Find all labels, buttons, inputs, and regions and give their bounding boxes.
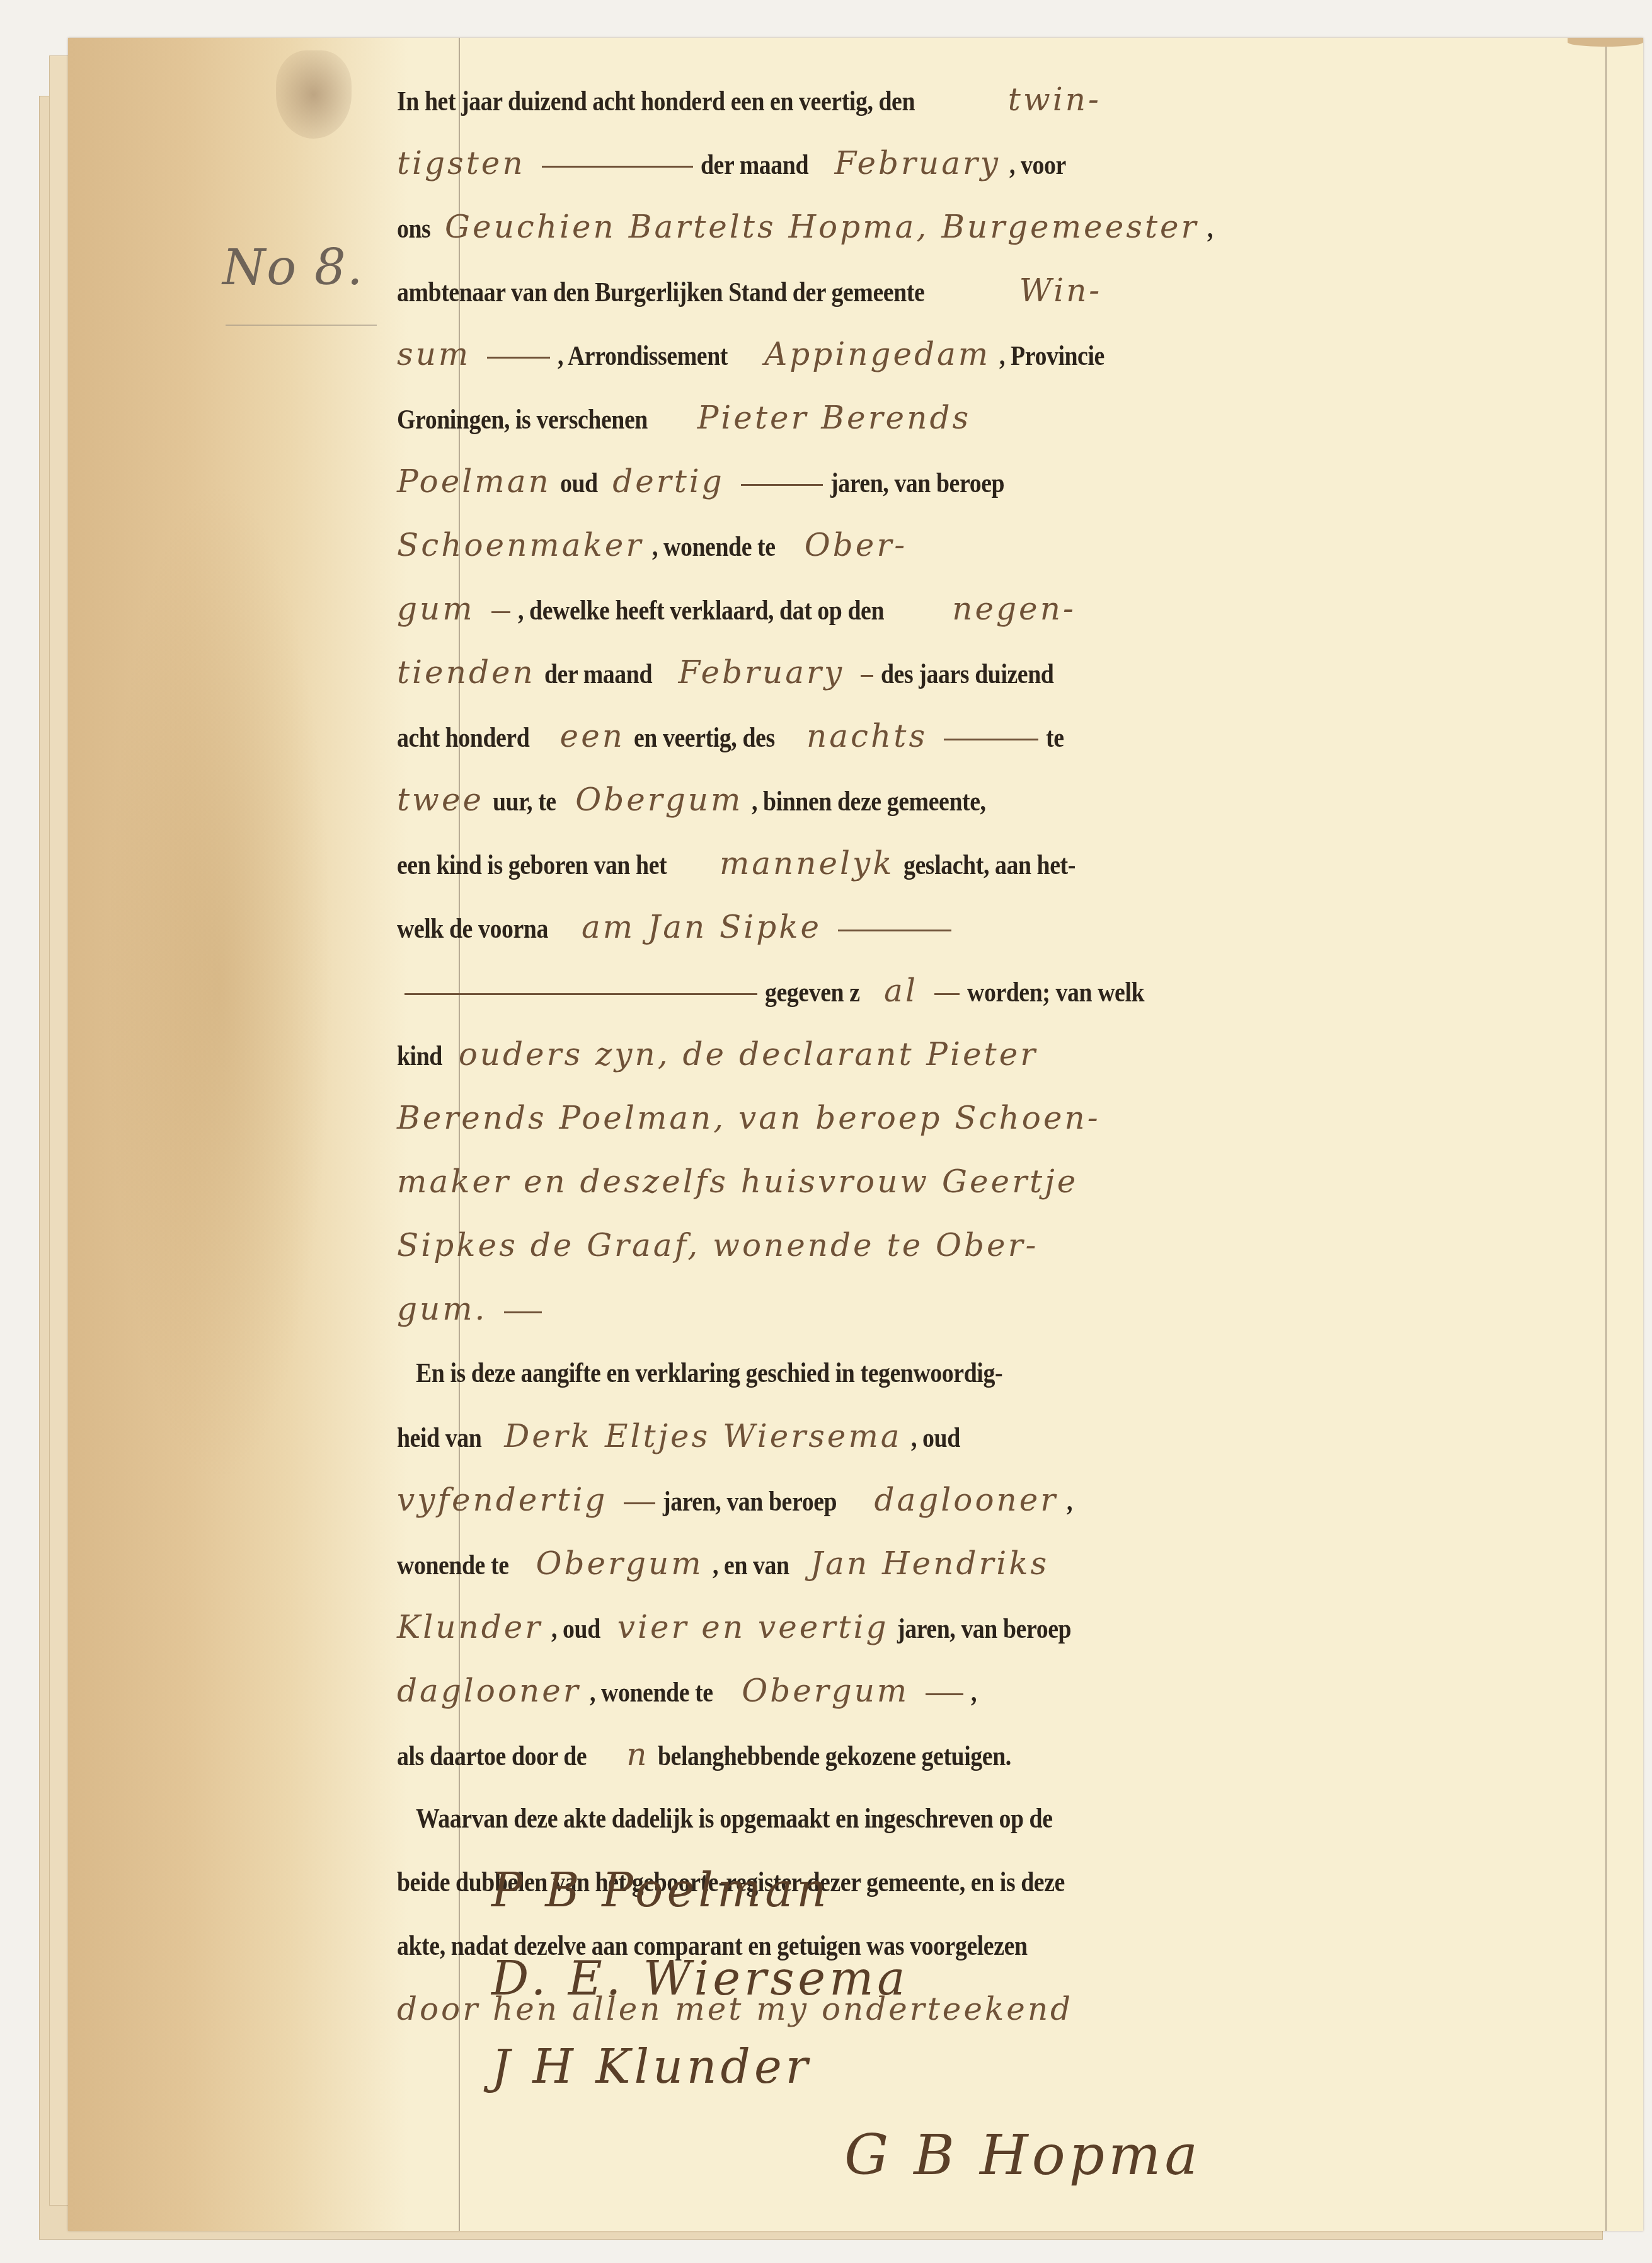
handwritten-entry: Obergum <box>575 768 743 832</box>
printed-text: , <box>1067 1470 1072 1533</box>
printed-text: der maand <box>544 642 652 706</box>
handwritten-entry: ouders zyn, de declarant Pieter <box>459 1023 1038 1086</box>
handwritten-entry: Ober- <box>805 514 907 577</box>
printed-text: kind <box>397 1024 442 1088</box>
printed-text: , voor <box>1009 133 1066 197</box>
handwritten-entry: twee <box>397 768 484 832</box>
record-line: gegeven zalworden; van welk <box>397 959 1525 1023</box>
printed-text: der maand <box>701 133 808 197</box>
printed-text: ons <box>397 197 430 260</box>
printed-text: , <box>1207 197 1213 260</box>
printed-text: Waarvan deze akte dadelijk is opgemaakt … <box>416 1787 1053 1850</box>
record-line: tigstender maandFebruary, voor <box>397 132 1525 195</box>
printed-text: en veertig, des <box>634 706 775 769</box>
right-margin-rule <box>1605 38 1607 2231</box>
handwritten-entry: daglooner <box>874 1468 1058 1532</box>
handwritten-entry: Schoenmaker <box>397 514 643 577</box>
printed-text: worden; van welk <box>967 960 1144 1024</box>
signatures-block: P B PoelmanD. E. WiersemaJ H KlunderG B … <box>491 1846 1202 2199</box>
printed-text: , Arrondissement <box>558 324 728 388</box>
handwritten-entry: Berends Poelman, van beroep Schoen- <box>397 1086 1101 1150</box>
blank-fill-line <box>624 1502 655 1504</box>
handwritten-entry: Obergum <box>742 1659 909 1723</box>
printed-text: wonende te <box>397 1533 509 1597</box>
handwritten-entry: mannelyk <box>720 832 895 895</box>
handwritten-entry: een <box>560 705 625 768</box>
record-line: Schoenmaker , wonende teOber- <box>397 514 1525 577</box>
record-line: onsGeuchien Bartelts Hopma, Burgemeester… <box>397 195 1525 259</box>
handwritten-entry: nachts <box>806 705 927 768</box>
handwritten-entry: February <box>679 641 845 705</box>
printed-text: uur, te <box>493 769 556 833</box>
record-line: vyfendertigjaren, van beroepdaglooner, <box>397 1468 1525 1532</box>
printed-text: te <box>1046 706 1064 769</box>
record-line: wonende teObergum, en vanJan Hendriks <box>397 1532 1525 1596</box>
record-line: Berends Poelman, van beroep Schoen- <box>397 1086 1525 1150</box>
record-line: sum, ArrondissementAppingedam, Provincie <box>397 323 1525 386</box>
printed-text: , wonende te <box>590 1661 713 1724</box>
handwritten-entry: Jan Hendriks <box>810 1532 1049 1596</box>
printed-text: jaren, van beroep <box>830 451 1004 515</box>
handwritten-entry: twin- <box>1008 68 1101 132</box>
blank-fill-line <box>838 930 951 931</box>
record-line: acht honderdeenen veertig, desnachtste <box>397 705 1525 768</box>
handwritten-entry: Pieter Berends <box>697 386 971 450</box>
record-line: een kind is geboren van hetmannelykgesla… <box>397 832 1525 895</box>
handwritten-entry: Appingedam <box>764 323 990 386</box>
handwritten-entry: sum <box>397 323 471 386</box>
blank-fill-line <box>542 166 693 168</box>
record-number: No 8. <box>222 239 364 296</box>
record-line: ambtenaar van den Burgerlijken Stand der… <box>397 259 1525 323</box>
record-line: maker en deszelfs huisvrouw Geertje <box>397 1150 1525 1214</box>
printed-text: En is deze aangifte en verklaring geschi… <box>416 1341 1002 1405</box>
printed-text: als daartoe door de <box>397 1724 587 1788</box>
printed-text: , Provincie <box>999 324 1104 388</box>
handwritten-entry: maker en deszelfs huisvrouw Geertje <box>397 1150 1078 1214</box>
printed-text: des jaars duizend <box>881 642 1053 706</box>
record-line: Groningen, is verschenenPieter Berends <box>397 386 1525 450</box>
record-line: Sipkes de Graaf, wonende te Ober- <box>397 1214 1525 1277</box>
page-fold <box>1568 38 1643 47</box>
record-text-body: In het jaar duizend acht honderd een en … <box>397 68 1525 2041</box>
blank-fill-line <box>861 675 873 677</box>
record-line: Klunder, oudvier en veertigjaren, van be… <box>397 1596 1525 1659</box>
record-line: tiendender maandFebruarydes jaars duizen… <box>397 641 1525 705</box>
printed-text: geslacht, aan het- <box>903 833 1076 897</box>
record-line: In het jaar duizend acht honderd een en … <box>397 68 1525 132</box>
signature-witness: D. E. Wiersema <box>491 1935 1202 2023</box>
record-line: tweeuur, teObergum , binnen deze gemeent… <box>397 768 1525 832</box>
record-line: heid vanDerk Eltjes Wiersema, oud <box>397 1405 1525 1468</box>
blank-fill-line <box>741 484 823 486</box>
printed-text: , binnen deze gemeente, <box>752 769 986 833</box>
record-line: Poelmanouddertigjaren, van beroep <box>397 450 1525 514</box>
record-line: En is deze aangifte en verklaring geschi… <box>397 1341 1525 1405</box>
printed-text: jaren, van beroep <box>663 1470 837 1533</box>
handwritten-entry: n <box>626 1723 649 1787</box>
handwritten-entry: Sipkes de Graaf, wonende te Ober- <box>397 1214 1039 1277</box>
handwritten-entry: vyfendertig <box>397 1468 607 1532</box>
printed-text: ambtenaar van den Burgerlijken Stand der… <box>397 260 924 324</box>
printed-text: belanghebbende gekozene getuigen. <box>658 1724 1011 1788</box>
handwritten-entry: gum. <box>397 1277 488 1341</box>
record-line: als daartoe door den belanghebbende geko… <box>397 1723 1525 1787</box>
handwritten-entry: al <box>884 959 918 1023</box>
blank-fill-line <box>934 993 960 995</box>
ink-stain <box>276 50 352 139</box>
blank-fill-line <box>491 611 510 613</box>
handwritten-entry: tigsten <box>397 132 525 195</box>
handwritten-entry: am Jan Sipke <box>582 895 822 959</box>
handwritten-entry: Klunder <box>397 1596 542 1659</box>
handwritten-entry: tienden <box>397 641 536 705</box>
blank-fill-line <box>926 1693 963 1695</box>
record-number-underline <box>226 325 377 326</box>
printed-text: , oud <box>911 1406 960 1470</box>
signature-witness: J H Klunder <box>491 2023 1202 2111</box>
printed-text: heid van <box>397 1406 481 1470</box>
record-line: Waarvan deze akte dadelijk is opgemaakt … <box>397 1787 1525 1850</box>
record-line: daglooner, wonende teObergum, <box>397 1659 1525 1723</box>
printed-text: oud <box>560 451 598 515</box>
water-stain-mid <box>106 479 333 1487</box>
record-line: welk de voornaam Jan Sipke <box>397 895 1525 959</box>
handwritten-entry: Poelman <box>397 450 551 514</box>
handwritten-entry: vier en veertig <box>617 1596 889 1659</box>
printed-text: jaren, van beroep <box>897 1597 1071 1661</box>
handwritten-entry: Derk Eltjes Wiersema <box>504 1405 902 1468</box>
handwritten-entry: February <box>834 132 1001 195</box>
record-line: gum, dewelke heeft verklaard, dat op den… <box>397 577 1525 641</box>
printed-text: Groningen, is verschenen <box>397 388 648 451</box>
signature-declarant: P B Poelman <box>491 1846 1202 1935</box>
handwritten-entry: daglooner <box>397 1659 581 1723</box>
printed-text: gegeven z <box>765 960 860 1024</box>
handwritten-entry: Geuchien Bartelts Hopma, Burgemeester <box>445 195 1198 259</box>
handwritten-entry: dertig <box>612 450 725 514</box>
printed-text: , dewelke heeft verklaard, dat op den <box>518 579 884 642</box>
handwritten-entry: Obergum <box>536 1532 703 1596</box>
printed-text: In het jaar duizend acht honderd een en … <box>397 69 915 133</box>
handwritten-entry: negen- <box>952 577 1076 641</box>
record-line: kindouders zyn, de declarant Pieter <box>397 1023 1525 1086</box>
printed-text: een kind is geboren van het <box>397 833 667 897</box>
record-line: gum. <box>397 1277 1525 1341</box>
printed-text: acht honderd <box>397 706 529 769</box>
printed-text: , wonende te <box>652 515 776 579</box>
signature-official: G B Hopma <box>844 2111 1202 2199</box>
blank-fill-line <box>404 993 757 995</box>
blank-fill-line <box>944 739 1038 740</box>
printed-text: welk de voorna <box>397 897 548 960</box>
printed-text: , en van <box>713 1533 789 1597</box>
handwritten-entry: Win- <box>1019 259 1103 323</box>
printed-text: , <box>971 1661 977 1724</box>
printed-text: , oud <box>551 1597 600 1661</box>
blank-fill-line <box>504 1311 542 1313</box>
blank-fill-line <box>487 357 550 359</box>
handwritten-entry: gum <box>397 577 475 641</box>
